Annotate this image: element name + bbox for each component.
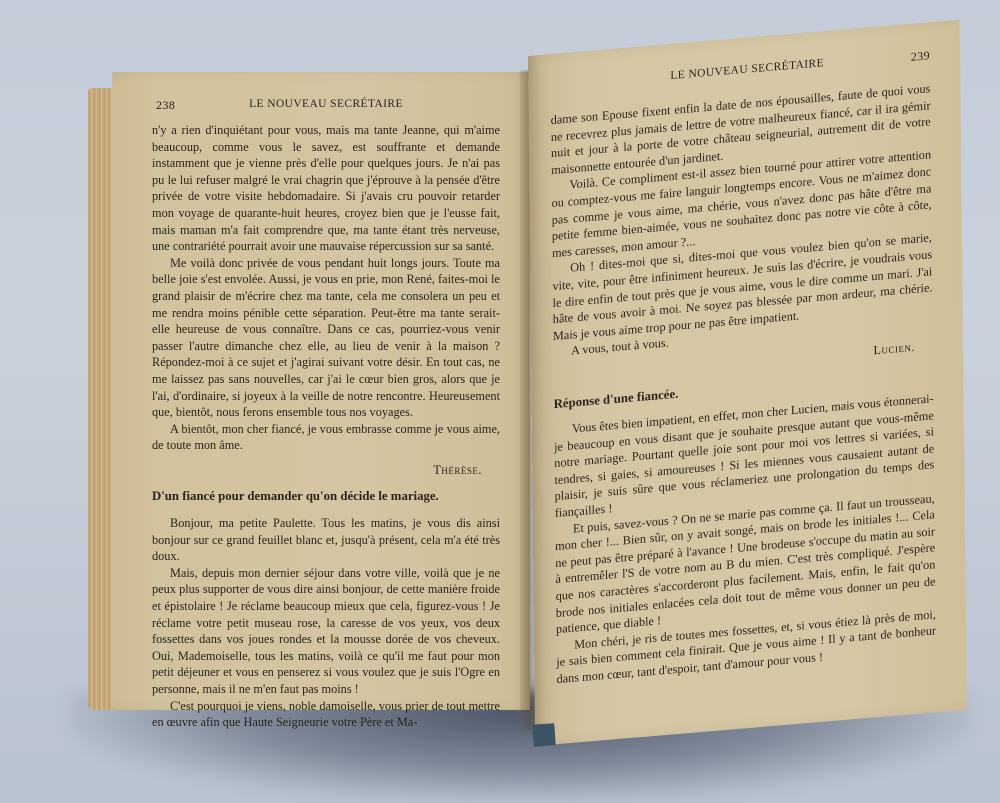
- right-page: LE NOUVEAU SECRÉTAIRE 239 dame son Epous…: [528, 20, 967, 746]
- right-page-text: dame son Epouse fixent enfin la date de …: [551, 80, 937, 687]
- spine-cloth: [532, 723, 555, 746]
- left-page: 238 LE NOUVEAU SECRÉTAIRE n'y a rien d'i…: [112, 72, 530, 710]
- paragraph: Mais, depuis mon dernier séjour dans vot…: [152, 565, 500, 698]
- paragraph: A bientôt, mon cher fiancé, je vous embr…: [152, 421, 500, 454]
- left-page-text: n'y a rien d'inquiétant pour vous, mais …: [152, 122, 500, 731]
- paragraph: Bonjour, ma petite Paulette. Tous les ma…: [152, 515, 500, 565]
- signature: Thérèse.: [152, 462, 500, 479]
- page-number: 239: [911, 48, 930, 65]
- paragraph: n'y a rien d'inquiétant pour vous, mais …: [152, 122, 500, 255]
- section-heading: D'un fiancé pour demander qu'on décide l…: [152, 488, 500, 505]
- running-title: LE NOUVEAU SECRÉTAIRE: [156, 98, 496, 110]
- running-head-left: 238 LE NOUVEAU SECRÉTAIRE: [156, 98, 496, 114]
- paragraph: Me voilà donc privée de vous pendant hui…: [152, 255, 500, 421]
- paragraph: C'est pourquoi je viens, noble damoisell…: [152, 698, 500, 731]
